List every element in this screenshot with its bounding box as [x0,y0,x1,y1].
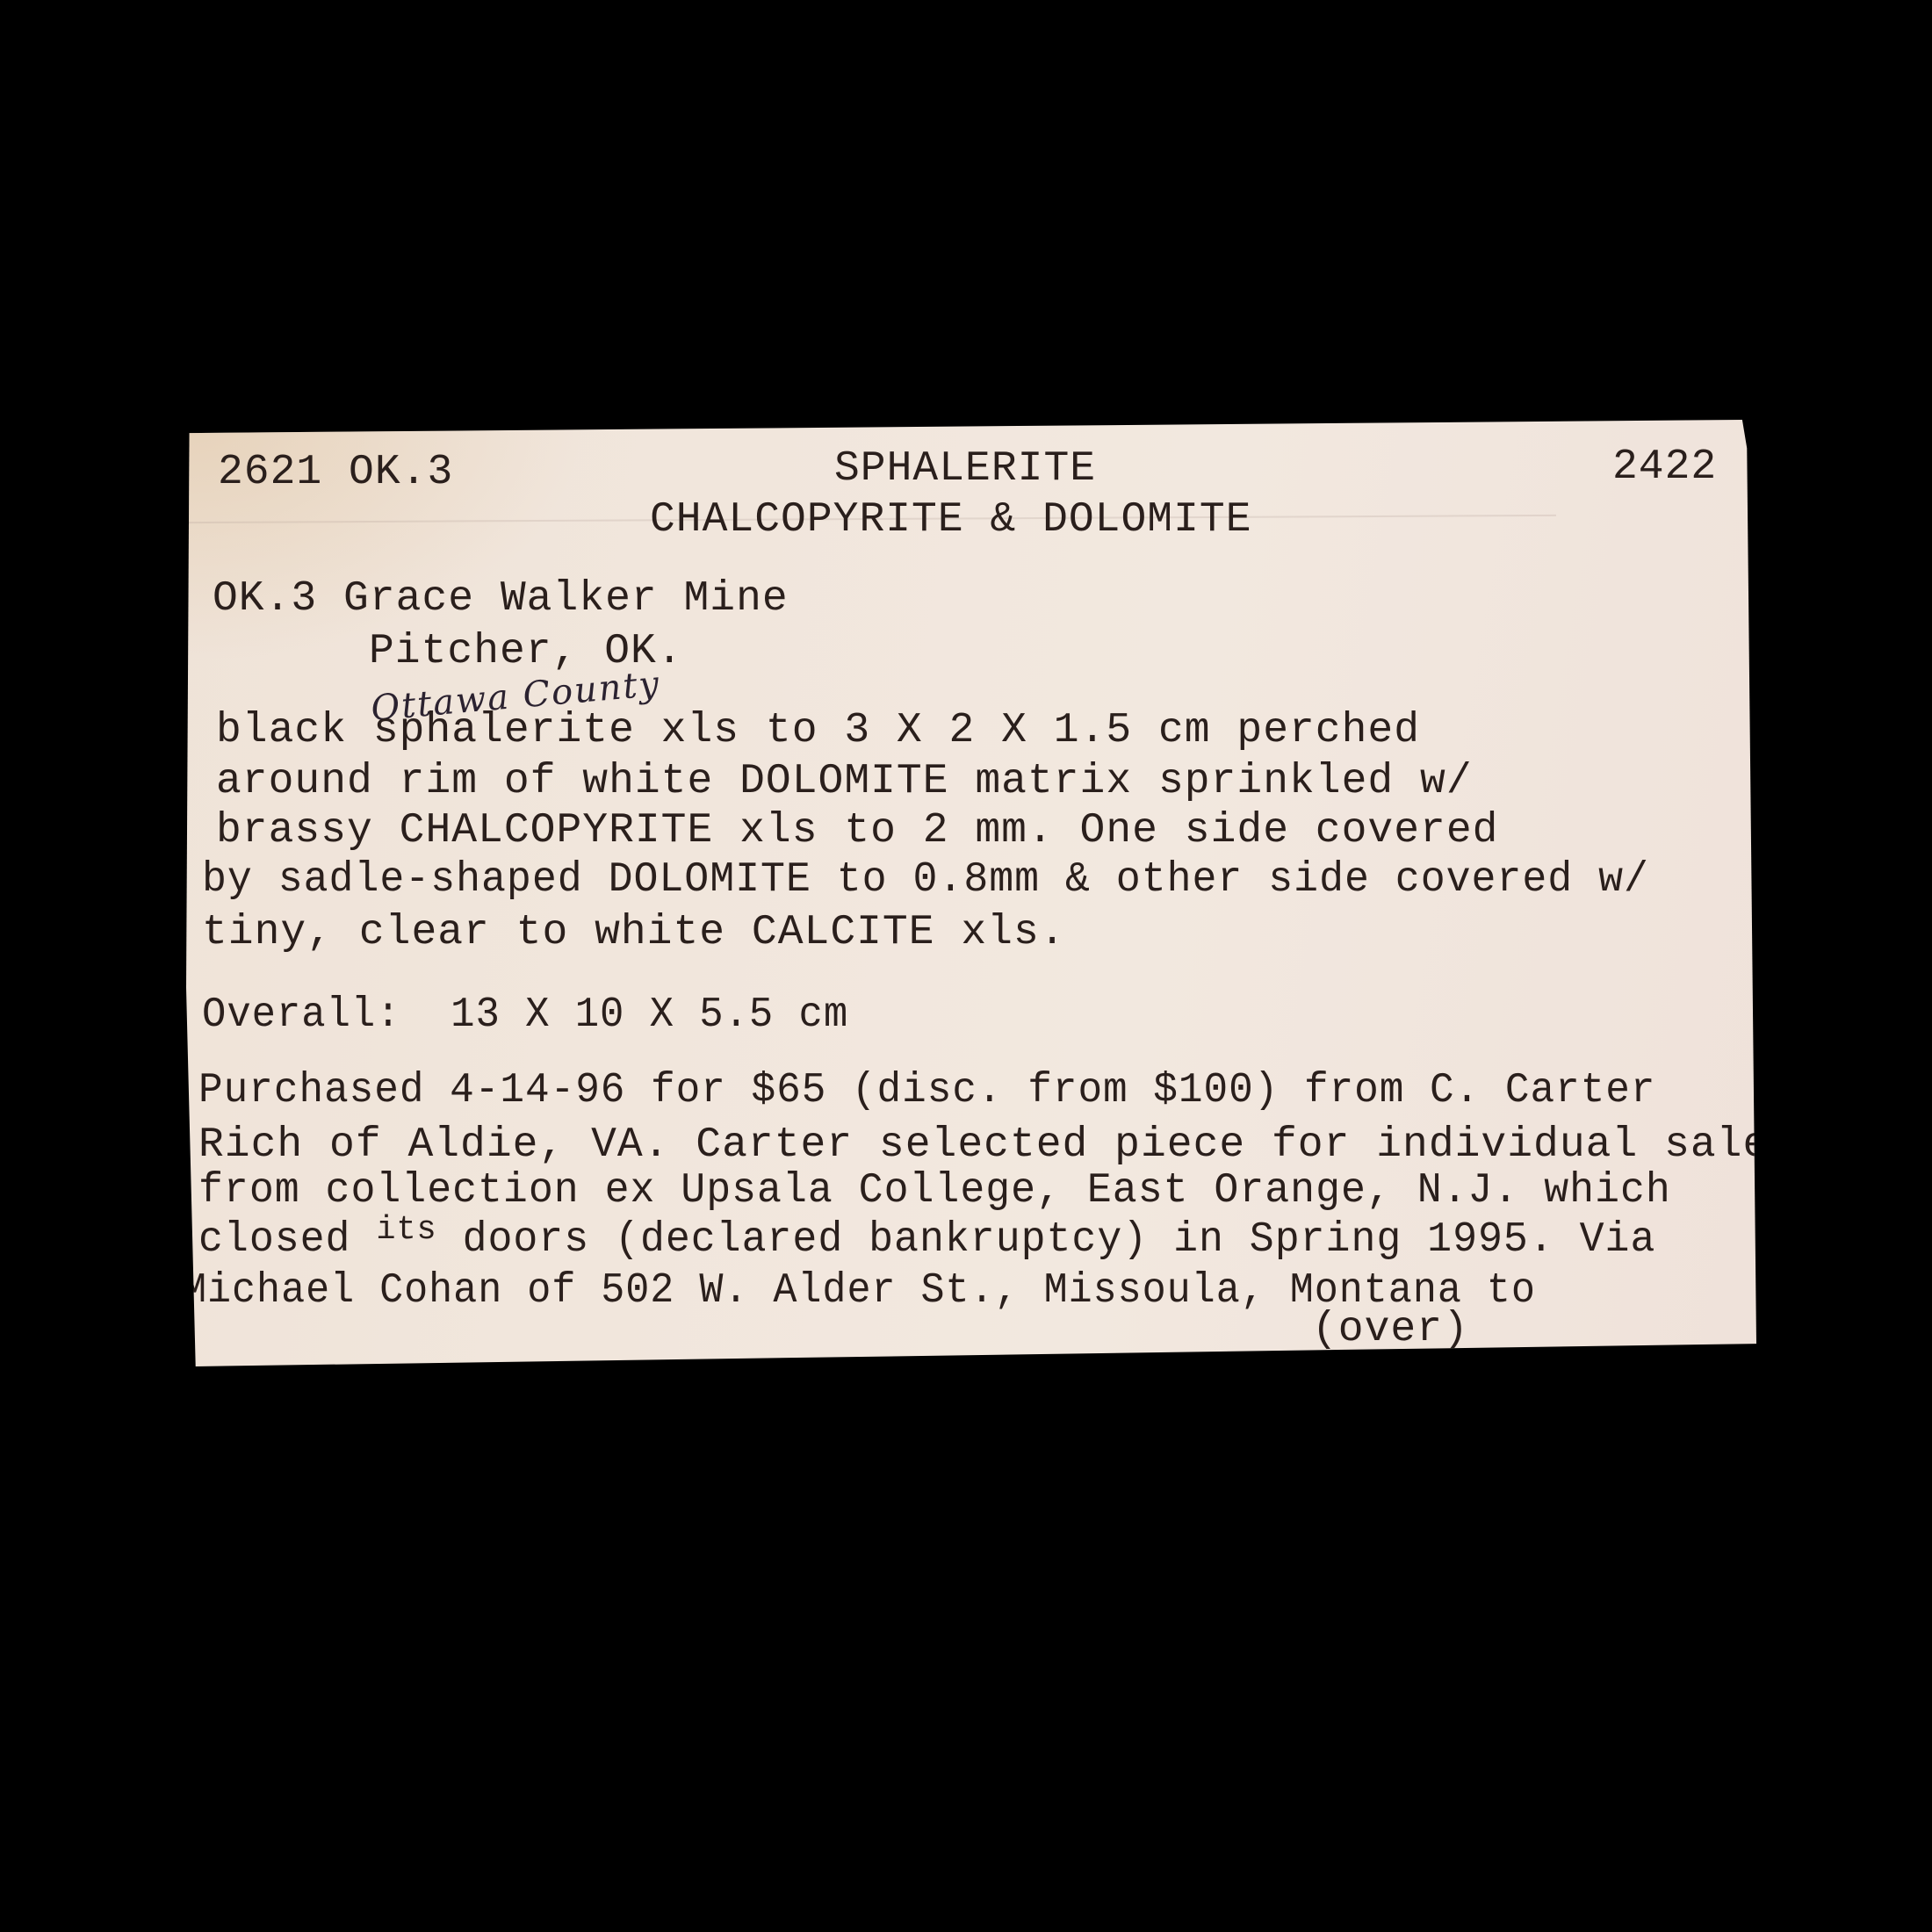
catalog-number-right: 2422 [1612,446,1717,488]
catalog-number-left: 2621 OK.3 [218,451,453,494]
mineral-title-secondary: CHALCOPYRITE & DOLOMITE [650,499,1252,541]
overall-dimensions: Overall: 13 X 10 X 5.5 cm [202,994,848,1036]
description-line: brassy CHALCOPYRITE xls to 2 mm. One sid… [216,810,1498,852]
continued-over-note: (over) [1312,1308,1469,1351]
description-line: black sphalerite xls to 3 X 2 X 1.5 cm p… [216,710,1420,752]
mineral-title-primary: SPHALERITE [834,448,1096,490]
description-line: by sadle-shaped DOLOMITE to 0.8mm & othe… [202,859,1649,901]
description-line: tiny, clear to white CALCITE xls. [202,912,1066,954]
provenance-line: Purchased 4-14-96 for $65 (disc. from $1… [198,1070,1656,1112]
description-line: around rim of white DOLOMITE matrix spri… [216,761,1473,803]
provenance-line: from collection ex Upsala College, East … [198,1170,1671,1212]
overall-value: 13 X 10 X 5.5 cm [451,991,848,1039]
provenance-line-rest: doors (declared bankruptcy) in Spring 19… [437,1216,1656,1264]
overall-label: Overall: [202,991,401,1039]
superscript-its: its [376,1211,436,1249]
locality-mine: OK.3 Grace Walker Mine [213,578,789,620]
specimen-label-card: 2621 OK.3 2422 SPHALERITE CHALCOPYRITE &… [186,420,1756,1366]
provenance-line: Rich of Aldie, VA. Carter selected piece… [198,1124,1769,1166]
provenance-line-start: closed [198,1216,350,1264]
provenance-line: closed its doors (declared bankruptcy) i… [198,1219,1655,1261]
